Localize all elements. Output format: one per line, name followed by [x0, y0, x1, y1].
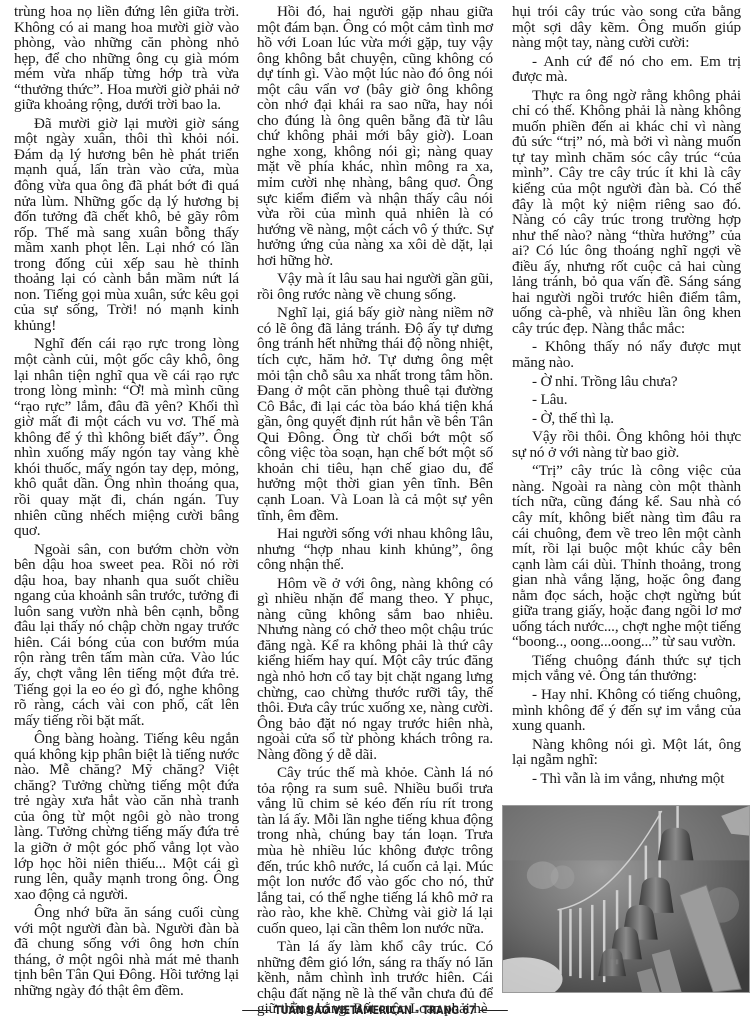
paragraph: Ngoài sân, con bướm chờn vờn bên dậu hoa…: [14, 542, 239, 729]
wind-bells-photo: [502, 805, 750, 993]
paragraph: - Ờ, thế thì lạ.: [512, 411, 741, 427]
paragraph: Cây trúc thế mà khỏe. Cành lá nó tỏa rộn…: [257, 765, 493, 936]
article-column-1: trùng hoa nọ liền đứng lên giữa trời. Kh…: [14, 4, 239, 1001]
paragraph: - Không thấy nó nẩy được mụt măng nào.: [512, 339, 741, 370]
paragraph: - Lâu.: [512, 392, 741, 408]
paragraph: Nghĩ lại, giá bấy giờ nàng niềm nỡ có lẽ…: [257, 305, 493, 523]
paragraph: Hôm về ở với ông, nàng không có gì nhiều…: [257, 576, 493, 763]
paragraph: - Ờ nhỉ. Trồng lâu chưa?: [512, 374, 741, 390]
paragraph: Tiếng chuông đánh thức sự tịch mịch vắng…: [512, 653, 741, 684]
paragraph: “Trị” cây trúc là công việc của nàng. Ng…: [512, 463, 741, 650]
paragraph: hụi trói cây trúc vào song cửa bằng một …: [512, 4, 741, 51]
paragraph: - Thì vẫn là im vắng, nhưng một: [512, 771, 741, 787]
paragraph: trùng hoa nọ liền đứng lên giữa trời. Kh…: [14, 4, 239, 113]
paragraph: Hai người sống với nhau không lâu, nhưng…: [257, 526, 493, 573]
paragraph: Thực ra ông ngờ rằng không phải chỉ có t…: [512, 88, 741, 337]
footer-rule-right: [480, 1010, 508, 1012]
article-column-3: hụi trói cây trúc vào song cửa bằng một …: [512, 4, 741, 789]
footer-rule-left: [242, 1010, 270, 1012]
paragraph: - Hay nhỉ. Không có tiếng chuông, mình k…: [512, 687, 741, 734]
footer-text: TUẦN BÁO VIETAMERICAN - TRANG 67: [275, 1003, 476, 1017]
paragraph: - Anh cứ để nó cho em. Em trị được mà.: [512, 54, 741, 85]
paragraph: Nghĩ đến cái rạo rực trong lòng một cành…: [14, 336, 239, 538]
paragraph: Ông nhớ bữa ăn sáng cuối cùng với một ng…: [14, 905, 239, 998]
paragraph: Hồi đó, hai người gặp nhau giữa một đám …: [257, 4, 493, 268]
paragraph: Vậy mà ít lâu sau hai người gần gũi, rồi…: [257, 271, 493, 302]
paragraph: Ông bàng hoàng. Tiếng kêu ngắn quá không…: [14, 731, 239, 902]
article-column-2: Hồi đó, hai người gặp nhau giữa một đám …: [257, 4, 493, 1020]
page-footer: TUẦN BÁO VIETAMERICAN - TRANG 67: [68, 1003, 683, 1017]
bells-image-icon: [503, 806, 749, 992]
paragraph: Đã mười giờ lại mười giờ sáng một ngày x…: [14, 116, 239, 334]
paragraph: Vậy rồi thôi. Ông không hỏi thực sự nó ở…: [512, 429, 741, 460]
paragraph: Nàng không nói gì. Một lát, ông lại ngẫm…: [512, 737, 741, 768]
